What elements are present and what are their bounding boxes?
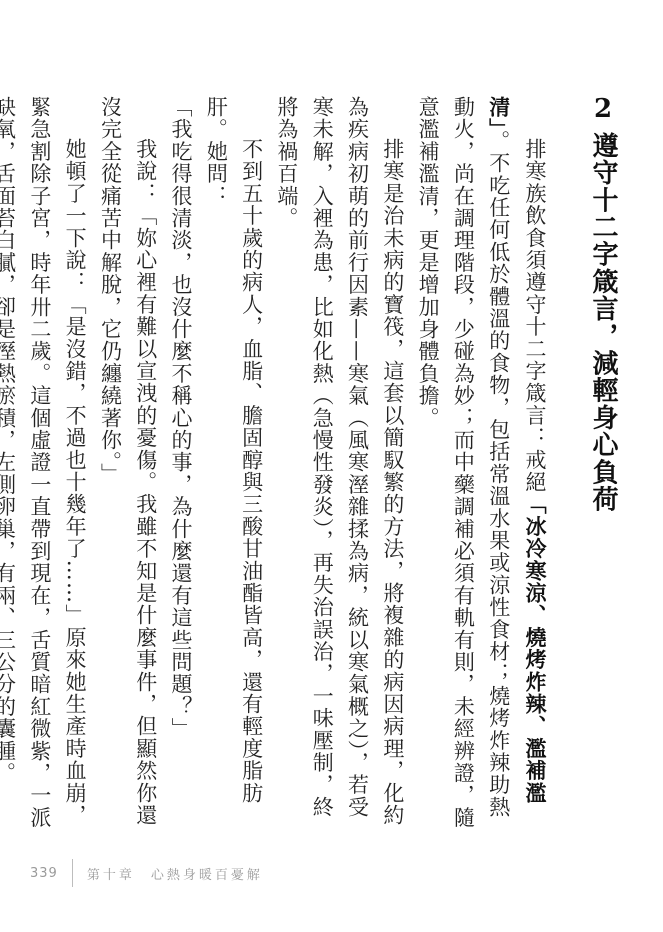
body-paragraphs: 排寒族飲食須遵守十二字箴言：戒絕「冰冷寒涼、燒烤炸辣、濫補濫清」。不吃任何低於體… [0,96,553,836]
footer-divider [72,859,73,887]
paragraph: 排寒族飲食須遵守十二字箴言：戒絕「冰冷寒涼、燒烤炸辣、濫補濫清」。不吃任何低於體… [410,96,553,836]
chapter-title: 第十章 心熱身暖百憂解 [87,864,263,883]
paragraph-text: 不到五十歲的病人，血脂、膽固醇與三酸甘油酯皆高，還有輕度脂肪肝。她問： [204,96,263,804]
section-heading: 2遵守十二字箴言，減輕身心負荷 [583,96,623,836]
paragraph: 她頓了一下說：「是沒錯，不過也十幾年了……」原來她生產時血崩，緊急割除子宮，時年… [0,96,92,836]
paragraph: 我說：「妳心裡有難以宣洩的憂傷。我雖不知是什麼事件，但顯然你還沒完全從痛苦中解脫… [92,96,163,836]
paragraph-text: 。不吃任何低於體溫的食物，包括常溫水果或涼性食材；燒烤炸辣助熱動火，尚在調理階段… [416,96,511,829]
paragraph: 「我吃得很清淡，也沒什麼不稱心的事，為什麼還有這些問題？」 [163,96,198,836]
vertical-text-block: 2遵守十二字箴言，減輕身心負荷 排寒族飲食須遵守十二字箴言：戒絕「冰冷寒涼、燒烤… [0,96,623,836]
paragraph-text: 排寒族飲食須遵守十二字箴言：戒絕 [523,138,547,493]
page-footer: 339 第十章 心熱身暖百憂解 [30,858,263,888]
page-number: 339 [30,866,72,881]
section-title: 遵守十二字箴言，減輕身心負荷 [588,132,618,513]
paragraph-text: 她頓了一下說：「是沒錯，不過也十幾年了……」原來她生產時血崩，緊急割除子宮，時年… [0,96,87,829]
paragraph: 排寒是治未病的寶筏，這套以簡馭繁的方法，將複雜的病因病理，化約為疾病初萌的前行因… [269,96,410,836]
paragraph-text: 我說：「妳心裡有難以宣洩的憂傷。我雖不知是什麼事件，但顯然你還沒完全從痛苦中解脫… [98,96,157,826]
section-number: 2 [583,96,623,122]
book-page: 2遵守十二字箴言，減輕身心負荷 排寒族飲食須遵守十二字箴言：戒絕「冰冷寒涼、燒烤… [0,0,663,932]
paragraph-text: 排寒是治未病的寶筏，這套以簡馭繁的方法，將複雜的病因病理，化約為疾病初萌的前行因… [275,96,405,826]
paragraph-text: 「我吃得很清淡，也沒什麼不稱心的事，為什麼還有這些問題？」 [169,96,193,740]
paragraph: 不到五十歲的病人，血脂、膽固醇與三酸甘油酯皆高，還有輕度脂肪肝。她問： [198,96,269,836]
